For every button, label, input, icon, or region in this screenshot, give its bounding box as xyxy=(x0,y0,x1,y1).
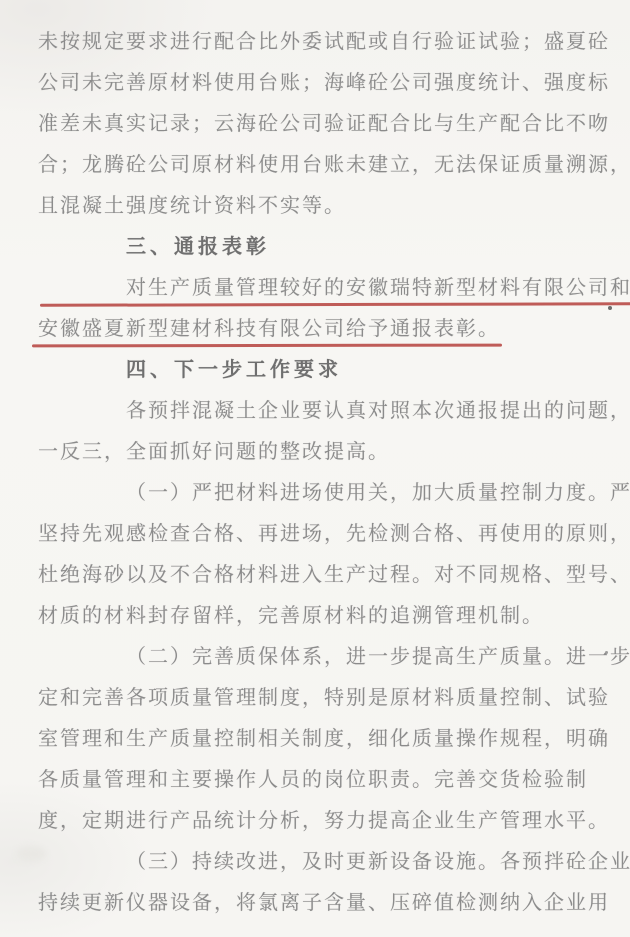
line-text: （三）持续改进，及时更新设备设施。各预拌砼企业应 xyxy=(82,842,630,883)
text-line: 且混凝土强度统计资料不实等。 xyxy=(38,186,608,227)
text-line: 材质的材料封存留样，完善原材料的追溯管理机制。 xyxy=(38,596,608,637)
line-text: 持续更新仪器设备，将氯离子含量、压碎值检测纳入企业用 xyxy=(38,883,610,924)
line-text: 各预拌混凝土企业要认真对照本次通报提出的问题，举 xyxy=(82,391,630,432)
line-text: 准差未真实记录；云海砼公司验证配合比与生产配合比不吻 xyxy=(38,104,610,145)
text-line: （三）持续改进，及时更新设备设施。各预拌砼企业应 xyxy=(38,842,608,883)
text-line: 杜绝海砂以及不合格材料进入生产过程。对不同规格、型号、 xyxy=(38,555,608,596)
line-text: （二）完善质保体系，进一步提高生产质量。进一步制 xyxy=(82,637,630,678)
line-text: 一反三，全面抓好问题的整改提高。 xyxy=(38,432,390,473)
scan-speck xyxy=(605,651,608,654)
scan-smudge xyxy=(16,846,46,862)
line-text: 合；龙腾砼公司原材料使用台账未建立，无法保证质量溯源， xyxy=(38,145,630,186)
scanned-document-page: 未按规定要求进行配合比外委试配或自行验证试验；盛夏砼公司未完善原材料使用台账；海… xyxy=(0,0,630,937)
text-line: 各预拌混凝土企业要认真对照本次通报提出的问题，举 xyxy=(38,391,608,432)
line-text: 坚持先观感检查合格、再进场，先检测合格、再使用的原则， xyxy=(38,514,630,555)
section-heading: 三、通报表彰 xyxy=(38,227,608,268)
text-line: 定和完善各项质量管理制度，特别是原材料质量控制、试验 xyxy=(38,678,608,719)
text-line: 未按规定要求进行配合比外委试配或自行验证试验；盛夏砼 xyxy=(38,22,608,63)
text-line: 合；龙腾砼公司原材料使用台账未建立，无法保证质量溯源， xyxy=(38,145,608,186)
text-line: 准差未真实记录；云海砼公司验证配合比与生产配合比不吻 xyxy=(38,104,608,145)
red-underline-annotation xyxy=(32,344,502,348)
line-text: 未按规定要求进行配合比外委试配或自行验证试验；盛夏砼 xyxy=(38,22,610,63)
line-text: 公司未完善原材料使用台账；海峰砼公司强度统计、强度标 xyxy=(38,63,610,104)
line-text: 材质的材料封存留样，完善原材料的追溯管理机制。 xyxy=(38,596,544,637)
text-line: 对生产质量管理较好的安徽瑞特新型材料有限公司和 xyxy=(38,268,608,309)
line-text: （一）严把材料进场使用关，加大质量控制力度。严格 xyxy=(82,473,630,514)
red-underline-annotation xyxy=(40,302,630,307)
text-line: 一反三，全面抓好问题的整改提高。 xyxy=(38,432,608,473)
line-text: 定和完善各项质量管理制度，特别是原材料质量控制、试验 xyxy=(38,678,610,719)
line-text: 各质量管理和主要操作人员的岗位职责。完善交货检验制 xyxy=(38,760,588,801)
document-body: 未按规定要求进行配合比外委试配或自行验证试验；盛夏砼公司未完善原材料使用台账；海… xyxy=(38,22,608,924)
line-text: 度，定期进行产品统计分析，努力提高企业生产管理水平。 xyxy=(38,801,610,842)
text-line: 安徽盛夏新型建材科技有限公司给予通报表彰。 xyxy=(38,309,608,350)
line-text: 安徽盛夏新型建材科技有限公司给予通报表彰。 xyxy=(38,309,500,350)
text-line: 各质量管理和主要操作人员的岗位职责。完善交货检验制 xyxy=(38,760,608,801)
text-line: （一）严把材料进场使用关，加大质量控制力度。严格 xyxy=(38,473,608,514)
section-heading-text: 三、通报表彰 xyxy=(82,227,270,268)
text-line: 持续更新仪器设备，将氯离子含量、压碎值检测纳入企业用 xyxy=(38,883,608,924)
line-text: 杜绝海砂以及不合格材料进入生产过程。对不同规格、型号、 xyxy=(38,555,630,596)
line-text: 室管理和生产质量控制相关制度，细化质量操作规程，明确 xyxy=(38,719,610,760)
line-text: 对生产质量管理较好的安徽瑞特新型材料有限公司和 xyxy=(82,268,630,309)
scan-speck xyxy=(608,306,612,310)
section-heading-text: 四、下一步工作要求 xyxy=(82,350,342,391)
section-heading: 四、下一步工作要求 xyxy=(38,350,608,391)
text-line: （二）完善质保体系，进一步提高生产质量。进一步制 xyxy=(38,637,608,678)
text-line: 度，定期进行产品统计分析，努力提高企业生产管理水平。 xyxy=(38,801,608,842)
text-line: 公司未完善原材料使用台账；海峰砼公司强度统计、强度标 xyxy=(38,63,608,104)
text-line: 坚持先观感检查合格、再进场，先检测合格、再使用的原则， xyxy=(38,514,608,555)
line-text: 且混凝土强度统计资料不实等。 xyxy=(38,186,346,227)
text-line: 室管理和生产质量控制相关制度，细化质量操作规程，明确 xyxy=(38,719,608,760)
